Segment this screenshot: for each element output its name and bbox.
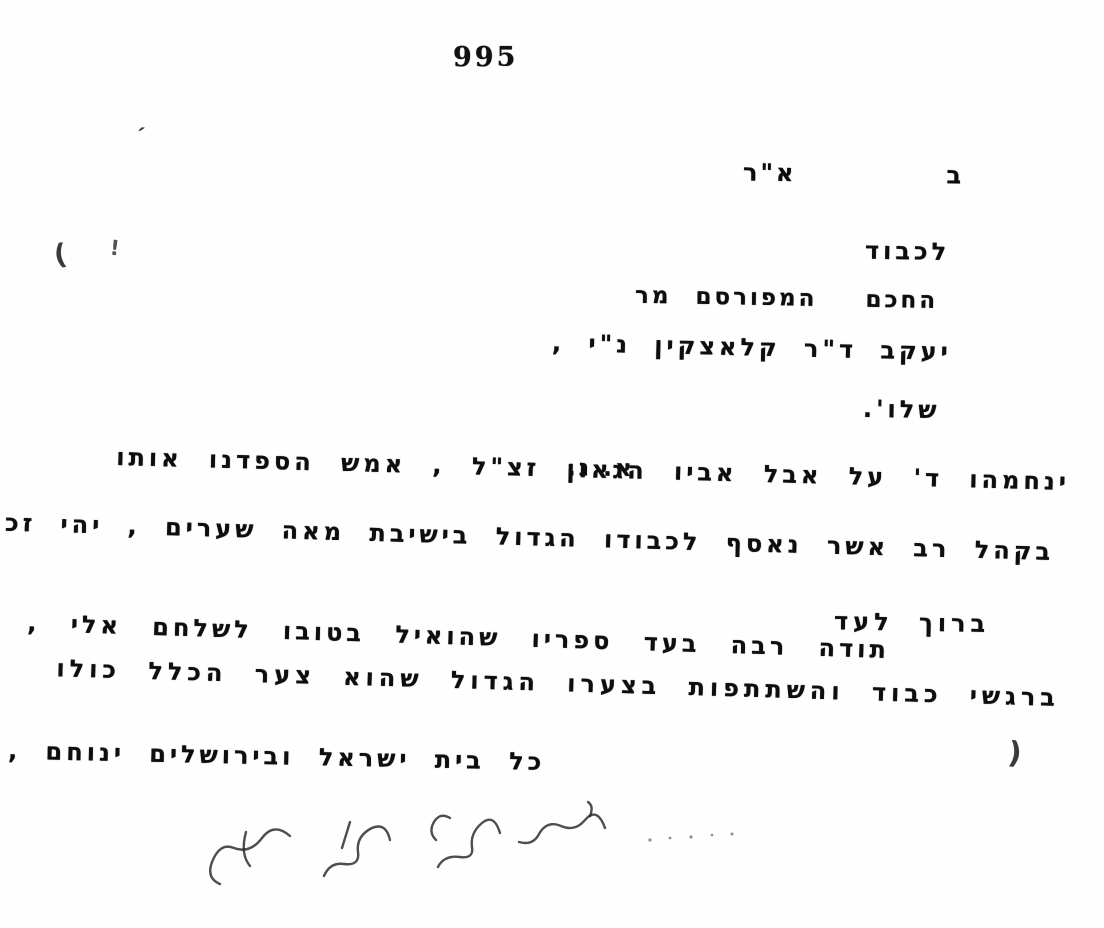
recipient-line-name: יעקב ד"ר קלאצקין נ"י ,: [552, 329, 952, 366]
scanned-letter-page: 995 ׳ ב א"ר ! ( לכבוד החכם המפורסם מר יע…: [0, 0, 1104, 928]
stray-stroke-mark: !: [109, 236, 121, 261]
left-margin-paren-mark: (: [52, 237, 69, 271]
handwritten-signature: [150, 788, 750, 898]
recipient-line-greeting: שלו'.: [862, 395, 940, 424]
body-para1-line3: ברוך לעד: [834, 607, 991, 638]
right-margin-paren-mark: ): [1006, 735, 1023, 771]
body-para2-line3: כל בית ישראל ובירושלים ינוחם ,: [7, 737, 545, 776]
page-number: 995: [453, 42, 518, 73]
recipient-line-to-honor: לכבוד: [865, 237, 951, 266]
stray-tick-mark: ׳: [134, 119, 149, 145]
body-para2-line1: תודה רבה בעד ספריו שהואיל בטובו לשלחם אל…: [27, 609, 890, 664]
date-month: א"ר: [743, 158, 797, 187]
recipient-line-famous-sage: החכם המפורסם מר: [635, 283, 939, 314]
body-para2-line2: ברגשי כבוד והשתתפות בצערו הגדול שהוא צער…: [56, 654, 1060, 712]
body-para1-line2: בקהל רב אשר נאסף לכבודו הגדול בישיבת מאה…: [0, 508, 1054, 566]
body-para1-line1: ינחמהו ד' על אבל אביו הגאון זצ"ל , אמש ה…: [116, 443, 1070, 496]
date-day: ב: [946, 161, 964, 189]
date-line: ב א"ר: [743, 158, 964, 189]
